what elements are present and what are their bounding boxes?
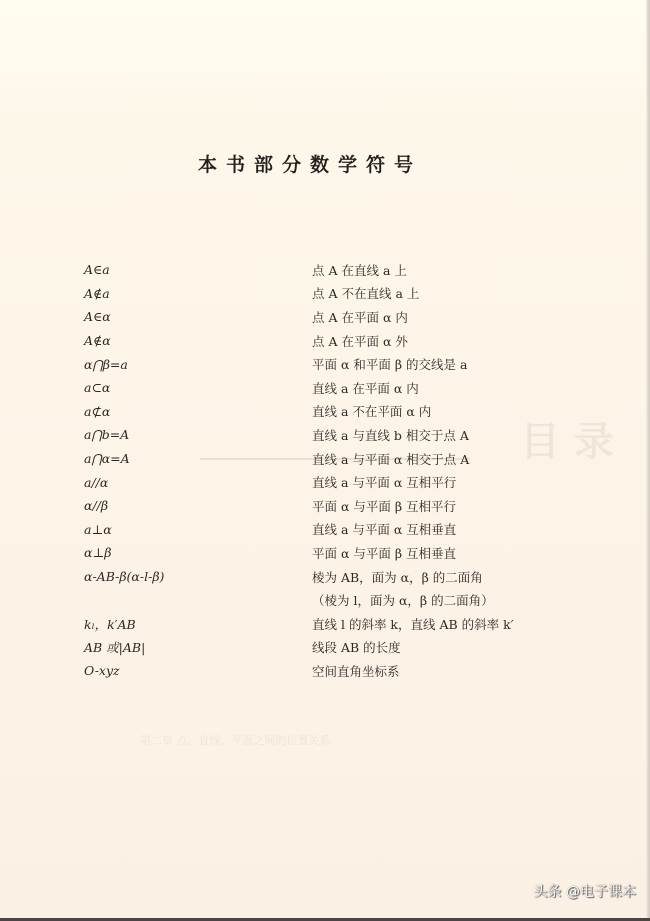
symbol-meaning: 直线 a 不在平面 α 内 [312, 402, 564, 420]
symbol-row: a⊂α 直线 a 在平面 α 内 [84, 376, 564, 400]
symbol-meaning: 平面 α 与平面 β 互相平行 [312, 497, 564, 515]
symbol: A∉a [84, 286, 312, 301]
symbol-row: A∈a 点 A 在直线 a 上 [84, 258, 564, 282]
symbol-row: a⊄α 直线 a 不在平面 α 内 [84, 400, 564, 424]
symbol-row: α⊥β 平面 α 与平面 β 互相垂直 [84, 541, 564, 565]
symbol-meaning: 直线 a 在平面 α 内 [312, 379, 564, 397]
symbol: O-xyz [84, 663, 312, 678]
watermark: 头条 @电子课本 [534, 881, 636, 901]
symbol-row: α//β 平面 α 与平面 β 互相平行 [84, 494, 564, 518]
symbol-meaning: （棱为 l，面为 α，β 的二面角） [312, 591, 564, 609]
symbol: kₗ，k′AB [84, 615, 312, 633]
symbol-row: α⋂β=a 平面 α 和平面 β 的交线是 a [84, 352, 564, 376]
symbol-meaning: 点 A 不在直线 a 上 [312, 284, 564, 302]
symbol-row: A∈α 点 A 在平面 α 内 [84, 305, 564, 329]
symbol-row: a⊥α 直线 a 与平面 α 互相垂直 [84, 518, 564, 542]
symbol: a⊥α [84, 522, 312, 537]
symbol: A∈a [84, 262, 312, 277]
symbol-row: O-xyz 空间直角坐标系 [84, 659, 564, 683]
symbol-row: kₗ，k′AB 直线 l 的斜率 k，直线 AB 的斜率 k′ [84, 612, 564, 636]
symbol: a⋂α=A [84, 451, 312, 466]
symbol-meaning: 直线 a 与平面 α 互相垂直 [312, 520, 564, 538]
symbol-row: α-AB-β(α-l-β) 棱为 AB，面为 α，β 的二面角 [84, 565, 564, 589]
symbol-row: A∉a 点 A 不在直线 a 上 [84, 282, 564, 306]
symbol-row: a⋂b=A 直线 a 与直线 b 相交于点 A [84, 423, 564, 447]
symbol: A∉α [84, 333, 312, 348]
symbol-meaning: 平面 α 与平面 β 互相垂直 [312, 544, 564, 562]
symbol-meaning: 直线 l 的斜率 k，直线 AB 的斜率 k′ [312, 615, 564, 633]
symbol-row: a//α 直线 a 与平面 α 互相平行 [84, 470, 564, 494]
symbol: a//α [84, 475, 312, 490]
symbol: AB 或|AB| [84, 638, 312, 656]
symbol-meaning: 空间直角坐标系 [312, 662, 564, 680]
symbol: α⊥β [84, 545, 312, 560]
scanned-page: 目 录 第二章 点、直线、平面之间的位置关系 本书部分数学符号 A∈a 点 A … [0, 0, 650, 921]
symbol-meaning: 平面 α 和平面 β 的交线是 a [312, 355, 564, 373]
symbol: α-AB-β(α-l-β) [84, 569, 312, 584]
symbol-table: A∈a 点 A 在直线 a 上 A∉a 点 A 不在直线 a 上 A∈α 点 A… [84, 258, 564, 683]
symbol-meaning: 棱为 AB，面为 α，β 的二面角 [312, 568, 564, 586]
symbol-meaning: 直线 a 与平面 α 互相平行 [312, 473, 564, 491]
page-edge-shadow [646, 0, 650, 921]
bleed-through-text: 第二章 点、直线、平面之间的位置关系 [140, 730, 331, 752]
symbol: a⊂α [84, 380, 312, 395]
symbol-meaning: 直线 a 与直线 b 相交于点 A [312, 426, 564, 444]
symbol-meaning: 点 A 在直线 a 上 [312, 261, 564, 279]
symbol-row: a⋂α=A 直线 a 与平面 α 相交于点 A [84, 447, 564, 471]
symbol-row: A∉α 点 A 在平面 α 外 [84, 329, 564, 353]
symbol-row: AB 或|AB| 线段 AB 的长度 [84, 636, 564, 660]
symbol: A∈α [84, 309, 312, 324]
symbol-meaning: 点 A 在平面 α 内 [312, 308, 564, 326]
symbol: α//β [84, 498, 312, 513]
symbol-meaning: 直线 a 与平面 α 相交于点 A [312, 450, 564, 468]
symbol-row: （棱为 l，面为 α，β 的二面角） [84, 588, 564, 612]
symbol: a⊄α [84, 404, 312, 419]
symbol: a⋂b=A [84, 427, 312, 442]
symbol-meaning: 点 A 在平面 α 外 [312, 332, 564, 350]
symbol-meaning: 线段 AB 的长度 [312, 638, 564, 656]
symbol: α⋂β=a [84, 357, 312, 372]
page-title: 本书部分数学符号 [0, 150, 620, 177]
